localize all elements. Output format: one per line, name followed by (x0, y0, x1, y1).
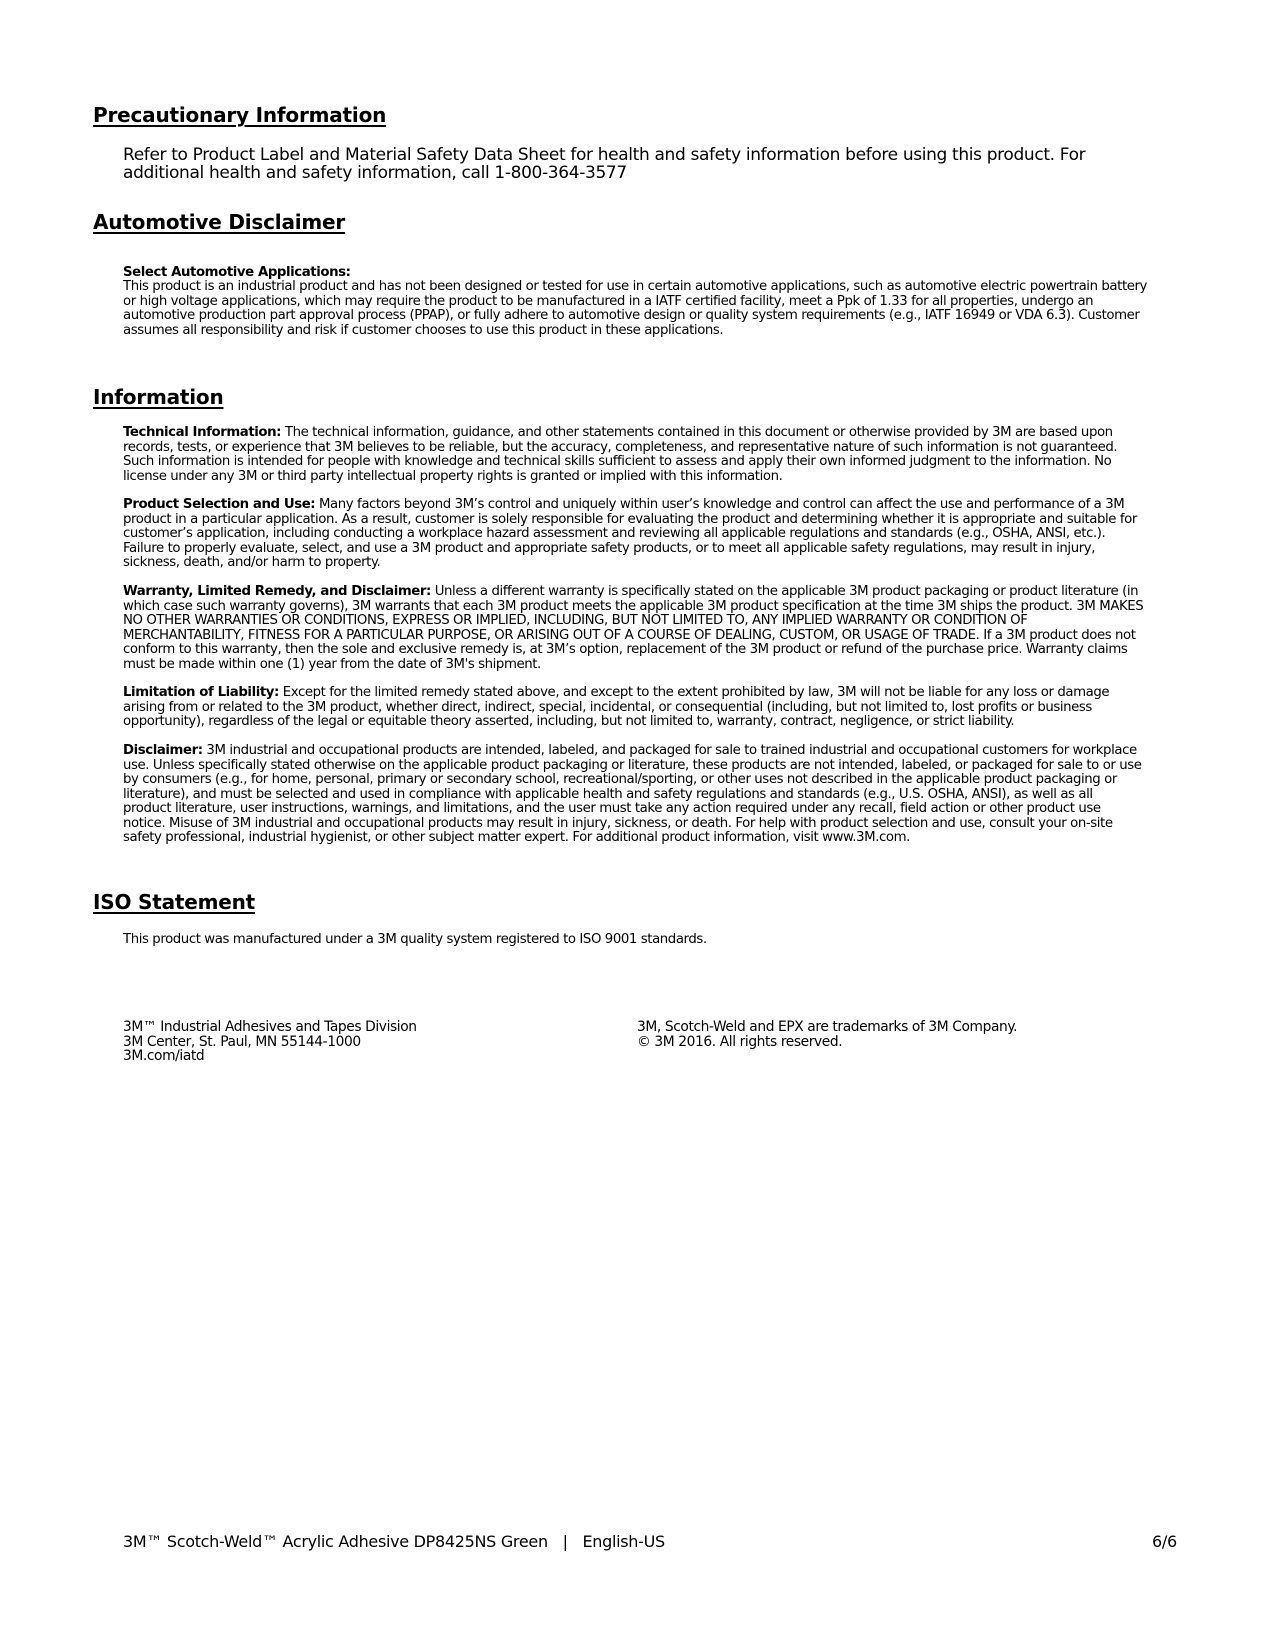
address-left: 3M™ Industrial Adhesives and Tapes Divis… (123, 1020, 417, 1064)
footer-separator: | (563, 1532, 568, 1551)
division-name: 3M™ Industrial Adhesives and Tapes Divis… (123, 1020, 417, 1035)
precautionary-body: Refer to Product Label and Material Safe… (123, 146, 1133, 182)
technical-information-paragraph: Technical Information: The technical inf… (123, 426, 1143, 484)
product-selection-label: Product Selection and Use: (123, 497, 315, 512)
website: 3M.com/iatd (123, 1049, 417, 1064)
limitation-of-liability-label: Limitation of Liability: (123, 685, 279, 700)
disclaimer-label: Disclaimer: (123, 743, 203, 758)
footer-product-name: 3M™ Scotch-Weld™ Acrylic Adhesive DP8425… (123, 1532, 548, 1551)
product-selection-paragraph: Product Selection and Use: Many factors … (123, 498, 1143, 571)
automotive-disclaimer-body: This product is an industrial product an… (123, 280, 1148, 338)
heading-precautionary-information: Precautionary Information (93, 103, 386, 127)
warranty-paragraph: Warranty, Limited Remedy, and Disclaimer… (123, 585, 1148, 672)
street-address: 3M Center, St. Paul, MN 55144-1000 (123, 1035, 417, 1050)
page-footer: 3M™ Scotch-Weld™ Acrylic Adhesive DP8425… (123, 1532, 665, 1551)
select-automotive-applications-label: Select Automotive Applications: (123, 265, 351, 280)
warranty-label: Warranty, Limited Remedy, and Disclaimer… (123, 584, 431, 599)
disclaimer-text: 3M industrial and occupational products … (123, 743, 1142, 845)
iso-statement-body: This product was manufactured under a 3M… (123, 933, 1143, 948)
copyright-notice: © 3M 2016. All rights reserved. (637, 1035, 1017, 1050)
footer-language: English-US (582, 1532, 664, 1551)
address-right: 3M, Scotch-Weld and EPX are trademarks o… (637, 1020, 1017, 1049)
trademark-notice: 3M, Scotch-Weld and EPX are trademarks o… (637, 1020, 1017, 1035)
heading-automotive-disclaimer: Automotive Disclaimer (93, 210, 345, 234)
page-number: 6/6 (1152, 1532, 1177, 1551)
heading-information: Information (93, 385, 224, 409)
disclaimer-paragraph: Disclaimer: 3M industrial and occupation… (123, 744, 1143, 846)
limitation-of-liability-paragraph: Limitation of Liability: Except for the … (123, 686, 1143, 730)
technical-information-label: Technical Information: (123, 425, 281, 440)
heading-iso-statement: ISO Statement (93, 890, 255, 914)
